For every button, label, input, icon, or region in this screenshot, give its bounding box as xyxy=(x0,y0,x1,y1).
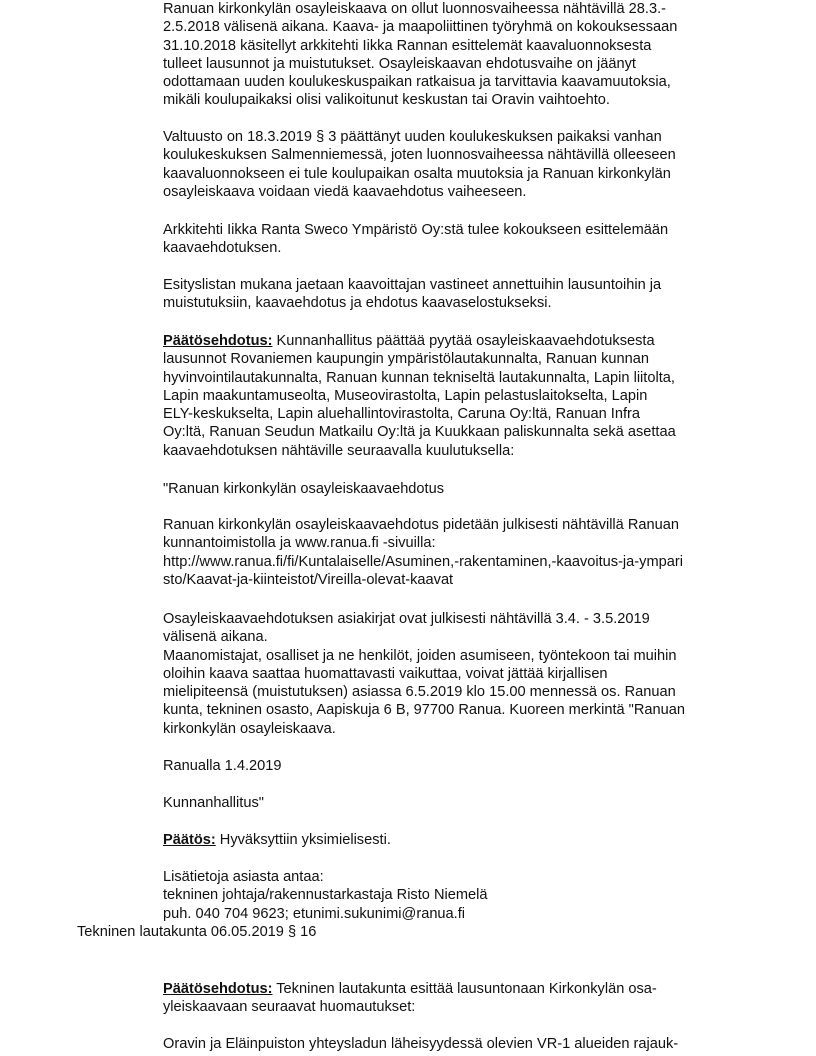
notice-documents: Osayleiskaavaehdotuksen asiakirjat ovat … xyxy=(163,610,753,738)
place-date: Ranualla 1.4.2019 xyxy=(163,757,753,775)
paragraph-draft-phase: Ranuan kirkonkylän osayleiskaava on ollu… xyxy=(163,0,753,110)
signature: Kunnanhallitus" xyxy=(163,794,753,812)
paragraph-architect: Arkkitehti Iikka Ranta Sweco Ympäristö O… xyxy=(163,221,753,258)
paragraph-oravi: Oravin ja Eläinpuiston yhteysladun lähei… xyxy=(163,1035,753,1053)
proposal-label: Päätösehdotus: xyxy=(163,333,272,349)
section-heading: Tekninen lautakunta 06.05.2019 § 16 xyxy=(77,923,316,941)
contact-info: Lisätietoja asiasta antaa: tekninen joht… xyxy=(163,868,753,923)
technical-proposal-label: Päätösehdotus: xyxy=(163,981,272,997)
paragraph-proposal: Päätösehdotus: Kunnanhallitus päättää py… xyxy=(163,332,753,460)
decision-label: Päätös: xyxy=(163,832,216,848)
paragraph-agenda-attachments: Esityslistan mukana jaetaan kaavoittajan… xyxy=(163,276,753,313)
notice-title: "Ranuan kirkonkylän osayleiskaavaehdotus xyxy=(163,480,753,498)
proposal-text: Kunnanhallitus päättää pyytää osayleiska… xyxy=(163,333,676,459)
notice-availability: Ranuan kirkonkylän osayleiskaavaehdotus … xyxy=(163,516,753,589)
decision-text: Hyväksyttiin yksimielisesti. xyxy=(216,832,391,848)
paragraph-technical-proposal: Päätösehdotus: Tekninen lautakunta esitt… xyxy=(163,980,753,1017)
paragraph-council-decision: Valtuusto on 18.3.2019 § 3 päättänyt uud… xyxy=(163,128,753,201)
paragraph-decision: Päätös: Hyväksyttiin yksimielisesti. xyxy=(163,831,753,849)
